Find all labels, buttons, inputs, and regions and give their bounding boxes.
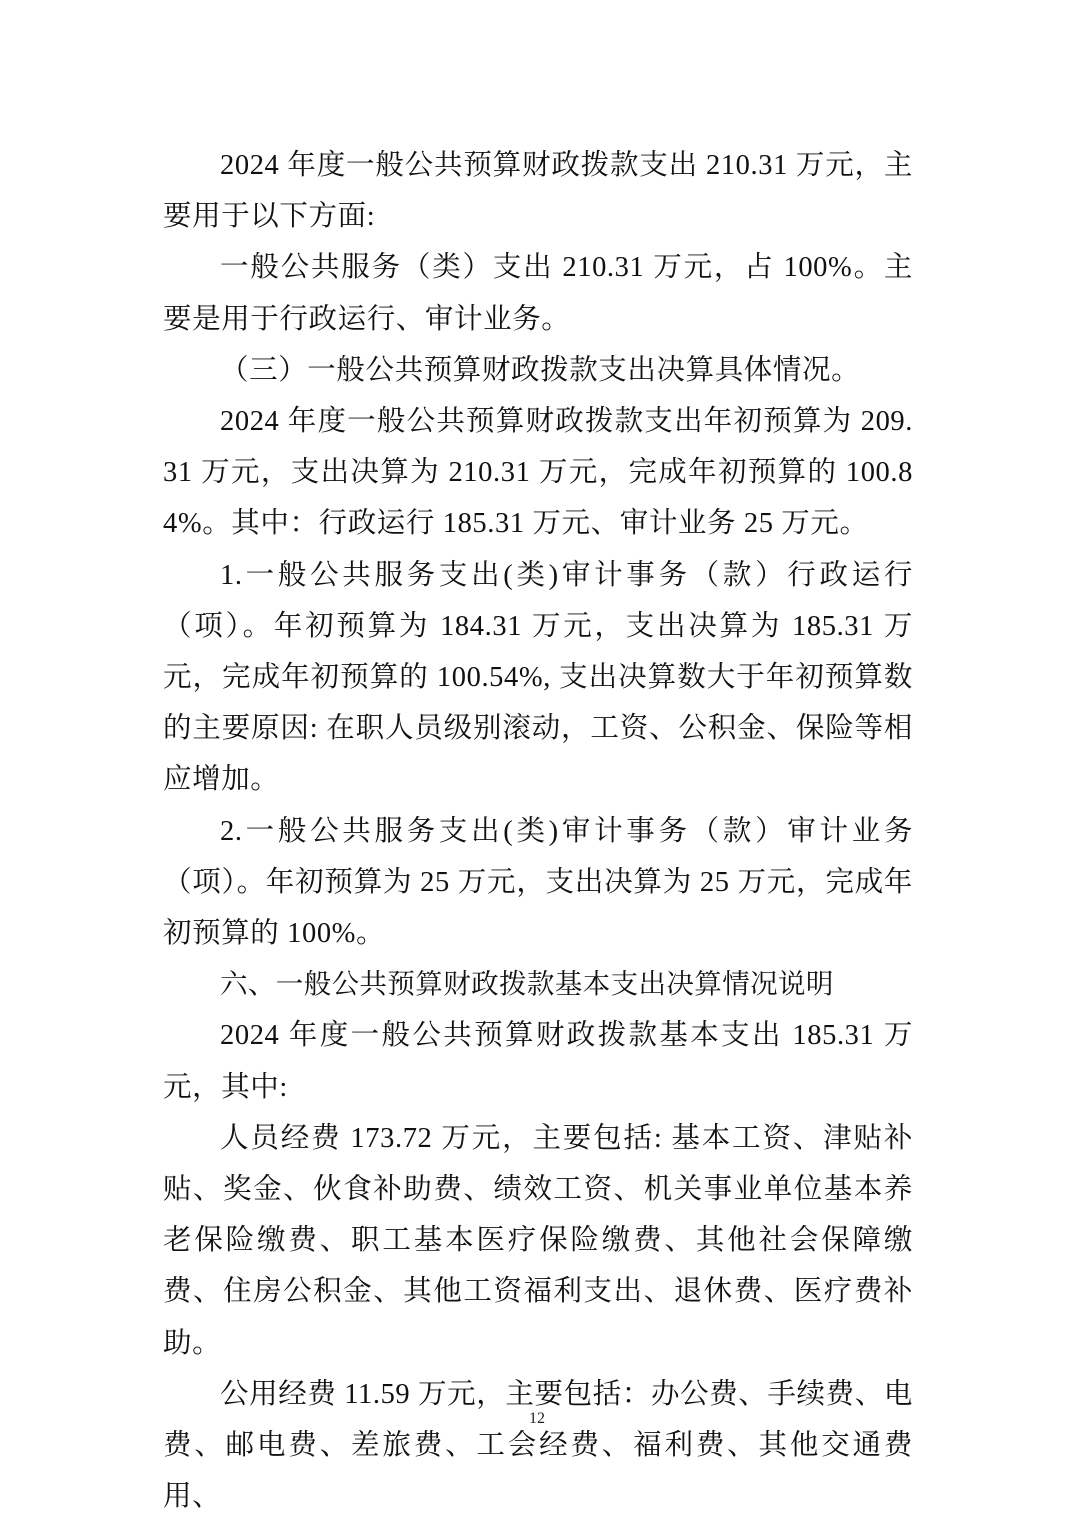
page-number: 12: [0, 1410, 1074, 1428]
paragraph-item-administrative-operation: 1.一般公共服务支出(类)审计事务（款）行政运行（项）。年初预算为 184.31…: [163, 550, 913, 806]
paragraph-public-service-expenditure: 一般公共服务（类）支出 210.31 万元，占 100%。主要是用于行政运行、审…: [163, 242, 913, 344]
paragraph-total-expenditure: 2024 年度一般公共预算财政拨款支出 210.31 万元，主要用于以下方面:: [163, 140, 913, 242]
subheading-expenditure-details: （三）一般公共预算财政拨款支出决算具体情况。: [163, 345, 913, 396]
paragraph-basic-expenditure-total: 2024 年度一般公共预算财政拨款基本支出 185.31 万元，其中:: [163, 1010, 913, 1112]
paragraph-personnel-expenses: 人员经费 173.72 万元，主要包括: 基本工资、津贴补贴、奖金、伙食补助费、…: [163, 1113, 913, 1369]
document-page-body: 2024 年度一般公共预算财政拨款支出 210.31 万元，主要用于以下方面: …: [163, 140, 913, 1520]
paragraph-budget-vs-final: 2024 年度一般公共预算财政拨款支出年初预算为 209.31 万元，支出决算为…: [163, 396, 913, 550]
paragraph-item-audit-business: 2.一般公共服务支出(类)审计事务（款）审计业务（项）。年初预算为 25 万元，…: [163, 806, 913, 960]
paragraph-public-expenses: 公用经费 11.59 万元，主要包括：办公费、手续费、电费、邮电费、差旅费、工会…: [163, 1369, 913, 1520]
section-heading-basic-expenditure: 六、一般公共预算财政拨款基本支出决算情况说明: [163, 959, 913, 1010]
